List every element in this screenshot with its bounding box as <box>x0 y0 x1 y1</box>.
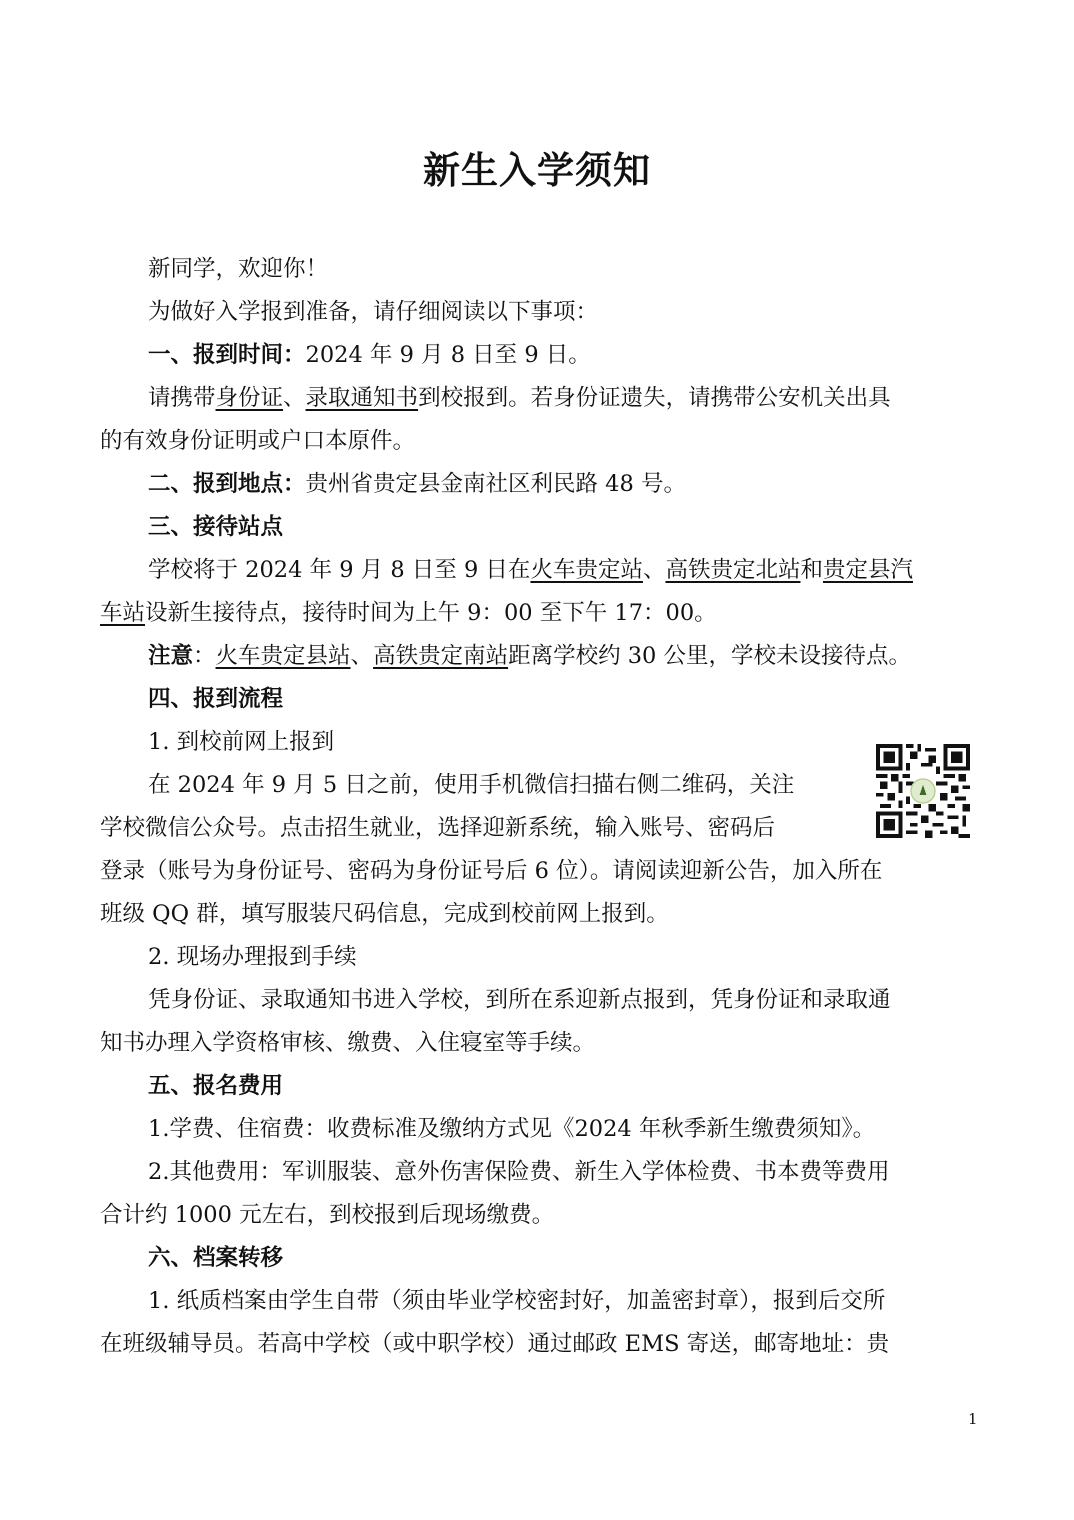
link-bus-station-part1: 贵定县汽 <box>823 557 913 583</box>
report-time-value: 2024 年 9 月 8 日至 9 日。 <box>306 342 591 368</box>
section-3-paragraph-line-2: 车站设新生接待点，接待时间为上午 9：00 至下午 17：00。 <box>100 598 976 628</box>
link-guiding-station: 火车贵定站 <box>530 557 643 583</box>
wechat-qr-code-icon[interactable] <box>876 744 970 838</box>
subsection-onsite-registration: 2. 现场办理报到手续 <box>148 942 1024 972</box>
text: 、 <box>351 643 374 669</box>
section-1-paragraph-line-2: 的有效身份证明或户口本原件。 <box>100 426 976 456</box>
fees-line-1: 1.学费、住宿费：收费标准及缴纳方式见《2024 年秋季新生缴费须知》。 <box>148 1114 1024 1144</box>
section-1-heading: 一、报到时间： <box>148 342 306 368</box>
text: 学校将于 2024 年 9 月 8 日至 9 日在 <box>148 557 530 583</box>
link-guiding-north-hsr: 高铁贵定北站 <box>665 557 800 583</box>
link-bus-station-part2: 车站 <box>100 600 145 626</box>
fees-line-2: 2.其他费用：军训服装、意外伤害保险费、新生入学体检费、书本费等费用 <box>148 1157 1024 1187</box>
section-2-heading: 二、报到地点： <box>148 471 306 497</box>
link-id-card: 身份证 <box>216 385 284 411</box>
text: 、 <box>283 385 306 411</box>
archives-line-1: 1. 纸质档案由学生自带（须由毕业学校密封好，加盖密封章），报到后交所 <box>148 1286 1024 1316</box>
online-registration-line-2: 学校微信公众号。点击招生就业，选择迎新系统，输入账号、密码后 <box>100 813 852 843</box>
section-1-heading-line: 一、报到时间：2024 年 9 月 8 日至 9 日。 <box>148 340 1024 370</box>
section-4-heading: 四、报到流程 <box>148 684 1024 714</box>
text: 距离学校约 30 公里，学校未设接待点。 <box>508 643 911 669</box>
text: 和 <box>800 557 823 583</box>
section-3-heading: 三、接待站点 <box>148 512 1024 542</box>
text: ： <box>193 643 216 669</box>
link-guiding-south-hsr: 高铁贵定南站 <box>373 643 508 669</box>
document-page: 新生入学须知 新同学，欢迎你！ 为做好入学报到准备，请仔细阅读以下事项： 一、报… <box>0 0 1074 1520</box>
text: 到校报到。若身份证遗失，请携带公安机关出具 <box>418 385 891 411</box>
text: 设新生接待点，接待时间为上午 9：00 至下午 17：00。 <box>145 600 717 626</box>
online-registration-line-1: 在 2024 年 9 月 5 日之前，使用手机微信扫描右侧二维码，关注 <box>148 770 848 800</box>
greeting: 新同学，欢迎你！ <box>148 254 1024 284</box>
section-1-paragraph-line-1: 请携带身份证、录取通知书到校报到。若身份证遗失，请携带公安机关出具 <box>148 383 1024 413</box>
link-admission-letter: 录取通知书 <box>306 385 419 411</box>
onsite-registration-line-2: 知书办理入学资格审核、缴费、入住寝室等手续。 <box>100 1028 976 1058</box>
section-2-heading-line: 二、报到地点：贵州省贵定县金南社区利民路 48 号。 <box>148 469 1024 499</box>
section-3-paragraph-line-1: 学校将于 2024 年 9 月 8 日至 9 日在火车贵定站、高铁贵定北站和贵定… <box>148 555 1024 585</box>
text: 请携带 <box>148 385 216 411</box>
online-registration-line-4: 班级 QQ 群，填写服装尺码信息，完成到校前网上报到。 <box>100 899 976 929</box>
note-label: 注意 <box>148 643 193 669</box>
link-guiding-county-station: 火车贵定县站 <box>216 643 351 669</box>
archives-line-2: 在班级辅导员。若高中学校（或中职学校）通过邮政 EMS 寄送，邮寄地址：贵 <box>100 1329 976 1359</box>
document-title: 新生入学须知 <box>0 146 1074 196</box>
section-5-heading: 五、报名费用 <box>148 1071 1024 1101</box>
section-6-heading: 六、档案转移 <box>148 1243 1024 1273</box>
online-registration-line-3: 登录（账号为身份证号、密码为身份证号后 6 位）。请阅读迎新公告，加入所在 <box>100 856 976 886</box>
text: 、 <box>643 557 666 583</box>
fees-line-3: 合计约 1000 元左右，到校报到后现场缴费。 <box>100 1200 976 1230</box>
report-location-value: 贵州省贵定县金南社区利民路 48 号。 <box>306 471 686 497</box>
section-3-note: 注意：火车贵定县站、高铁贵定南站距离学校约 30 公里，学校未设接待点。 <box>148 641 1024 671</box>
onsite-registration-line-1: 凭身份证、录取通知书进入学校，到所在系迎新点报到，凭身份证和录取通 <box>148 985 1024 1015</box>
intro-text: 为做好入学报到准备，请仔细阅读以下事项： <box>148 297 1024 327</box>
page-number: 1 <box>968 1410 978 1428</box>
